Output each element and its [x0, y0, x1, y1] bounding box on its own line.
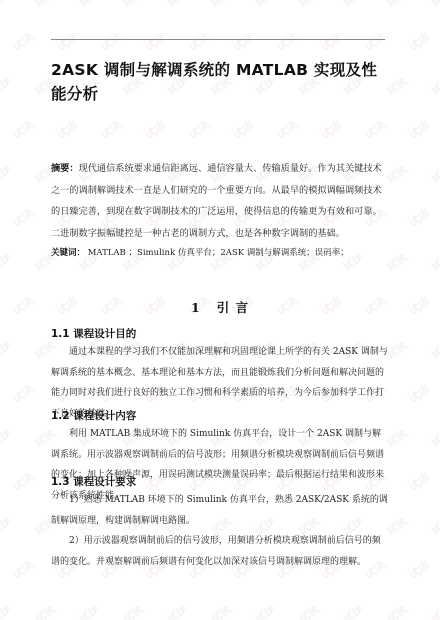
chapter-title: 引 言 — [217, 300, 249, 315]
keywords-label: 关键词： — [51, 248, 85, 258]
section-heading-1-1: 1.1 课程设计目的 — [51, 327, 136, 341]
keywords-text: MATLAB ；Simulink 仿真平台；2ASK 调制与解调系统；误码率； — [88, 248, 349, 258]
abstract: 摘要：现代通信系统要求通信距离远、通信容量大、传输质量好。作为其关键技术之一的调… — [51, 158, 389, 244]
abstract-text: 现代通信系统要求通信距离远、通信容量大、传输质量好。作为其关键技术之一的调制解调… — [51, 163, 382, 239]
section-heading-1-3: 1.3 课程设计要求 — [51, 475, 136, 489]
chapter-heading: 1引 言 — [0, 298, 440, 316]
chapter-number: 1 — [191, 300, 201, 315]
keywords: 关键词： MATLAB ；Simulink 仿真平台；2ASK 调制与解调系统；… — [51, 245, 389, 261]
document-title: 2ASK 调制与解调系统的 MATLAB 实现及性能分析 — [51, 58, 391, 106]
header-rule — [51, 39, 385, 40]
section-heading-1-2: 1.2 课程设计内容 — [51, 409, 136, 423]
document-page: 2ASK 调制与解调系统的 MATLAB 实现及性能分析 摘要：现代通信系统要求… — [0, 0, 440, 620]
paragraph-1-3-item-2: 2）用示波器观察调制前后的信号波形，用频谱分析模块观察调制前后信号的频谱的变化。… — [51, 531, 389, 572]
paragraph-1-3-item-1: 1）熟悉 MATLAB 环境下的 Simulink 仿真平台，熟悉 2ASK/2… — [51, 490, 389, 531]
abstract-label: 摘要： — [51, 163, 79, 174]
